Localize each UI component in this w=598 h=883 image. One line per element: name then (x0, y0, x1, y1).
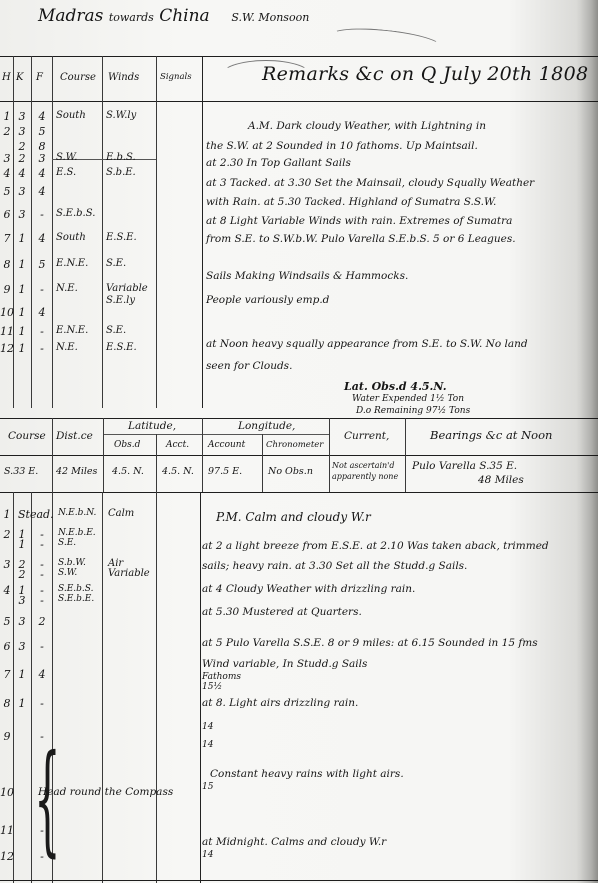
noon-current-value: Not ascertain'd apparently none (332, 460, 404, 482)
noon-header-bearings: Bearings &c at Noon (430, 428, 552, 442)
sounding-value: 15½ (202, 682, 222, 692)
fathoms-value: 4 (35, 185, 49, 198)
noon-header-latitude: Latitude, (128, 420, 176, 432)
knots-value: 1 (15, 283, 29, 296)
hour-number: 3 (0, 152, 14, 165)
hour-number: 1 (0, 508, 14, 521)
col-header-course: Course (60, 72, 96, 83)
col-line (329, 418, 330, 492)
knots-value: 3 (15, 640, 29, 653)
fathoms-value: - (35, 538, 49, 551)
remark-line: the S.W. at 2 Sounded in 10 fathoms. Up … (206, 140, 478, 152)
knots-value: 3 (15, 208, 29, 221)
noon-lat-acct-value: 4.5. N. (162, 466, 194, 477)
header-bottom-rule (0, 101, 598, 102)
remark-line: seen for Clouds. (206, 360, 292, 372)
fathoms-value: - (35, 208, 49, 221)
col-header-h: H (2, 72, 11, 83)
col-line (31, 56, 32, 408)
curly-brace: { (34, 740, 61, 860)
fathoms-value: 5 (35, 258, 49, 271)
noon-header-long-account: Account (208, 440, 245, 450)
fathoms-value: 5 (35, 125, 49, 138)
remark-line: at Noon heavy squally appearance from S.… (206, 338, 528, 350)
noon-header-lat-acct: Acct. (166, 440, 189, 450)
course-value: N.E.b.N. (58, 508, 96, 518)
fathoms-value: - (35, 283, 49, 296)
remark-line: from S.E. to S.W.b.W. Pulo Varella S.E.b… (206, 233, 516, 245)
noon-header-long-chronometer: Chronometer (266, 440, 323, 450)
remark-line: sails; heavy rain. at 3.30 Set all the S… (202, 560, 467, 572)
remark-line: at 2.30 In Top Gallant Sails (206, 157, 351, 169)
course-value: N.E. (56, 342, 78, 353)
winds-value: S.E. (106, 325, 154, 337)
winds-value: Variable S.E.ly (106, 283, 154, 307)
remark-line: at 8 Light Variable Winds with rain. Ext… (206, 215, 512, 227)
col-line (156, 56, 157, 408)
fathoms-value: - (35, 640, 49, 653)
hour-number: 9 (0, 283, 14, 296)
knots-value: Stead. (18, 508, 54, 521)
winds-value: Calm (108, 508, 134, 519)
hour-number: 2 (0, 125, 14, 138)
title-flourish (329, 24, 443, 58)
winds-value: E.b.S. (106, 152, 154, 164)
sounding-value: 14 (202, 722, 213, 732)
knots-value: 1 (15, 232, 29, 245)
fathoms-value: - (35, 594, 49, 607)
col-header-winds: Winds (108, 72, 139, 83)
course-value: N.E.b.E. (58, 528, 96, 538)
col-line (102, 56, 103, 408)
noon-course-value: S.33 E. (4, 466, 38, 477)
course-value: South (56, 110, 86, 121)
noon-table-mid-rule (0, 455, 598, 456)
col-line (156, 492, 157, 883)
hour-number: 9 (0, 730, 14, 743)
remark-line: Constant heavy rains with light airs. (210, 768, 404, 780)
hour-number: 12 (0, 342, 14, 355)
remark-line: at 5 Pulo Varella S.S.E. 8 or 9 miles: a… (202, 637, 538, 649)
noon-lat-obs-value: 4.5. N. (112, 466, 144, 477)
noon-header-current: Current, (344, 430, 389, 442)
winds-value: S.b.E. (106, 167, 154, 179)
course-value: S.E.b.S. (56, 208, 95, 219)
winds-value: E.S.E. (106, 232, 154, 244)
col-line (202, 56, 203, 408)
fathoms-value: - (35, 568, 49, 581)
noon-table-top-rule (0, 418, 598, 419)
hour-number: 7 (0, 668, 14, 681)
remark-line: at 3 Tacked. at 3.30 Set the Mainsail, c… (206, 177, 534, 189)
col-line (52, 418, 53, 492)
knots-value: 3 (15, 185, 29, 198)
col-line (405, 418, 406, 492)
noon-table-bottom-rule (0, 492, 598, 493)
col-line (52, 56, 53, 408)
fathoms-value: - (35, 824, 49, 837)
fathoms-value: 4 (35, 110, 49, 123)
remark-line: Sails Making Windsails & Hammocks. (206, 270, 408, 282)
knots-value: 1 (15, 325, 29, 338)
destination: China (159, 6, 209, 26)
remark-line: at 2 a light breeze from E.S.E. at 2.10 … (202, 540, 549, 552)
hour-number: 6 (0, 208, 14, 221)
fathoms-value: - (35, 730, 49, 743)
knots-value: 1 (15, 258, 29, 271)
course-value: E.S. (56, 167, 76, 178)
hour-number: 3 (0, 558, 14, 571)
remark-line: with Rain. at 5.30 Tacked. Highland of S… (206, 196, 496, 208)
hour-number: 8 (0, 258, 14, 271)
winds-value: S.E. (106, 258, 154, 270)
remark-line: A.M. Dark cloudy Weather, with Lightning… (248, 120, 486, 132)
hour-number: 7 (0, 232, 14, 245)
knots-value: 1 (15, 538, 29, 551)
noon-long-chron-value: No Obs.n (268, 466, 313, 477)
fathoms-value: 4 (35, 306, 49, 319)
col-header-signals: Signals (160, 72, 192, 82)
course-value: S.b.W. (58, 558, 86, 568)
hour-number: 5 (0, 185, 14, 198)
winds-value: S.W.ly (106, 110, 154, 122)
remark-line: at 4 Cloudy Weather with drizzling rain. (202, 583, 415, 595)
knots-value: 2 (15, 152, 29, 165)
knots-value: 2 (15, 568, 29, 581)
towards-label: towards (109, 11, 154, 24)
knots-value: 1 (15, 697, 29, 710)
knots-value: 1 (15, 668, 29, 681)
noon-header-longitude: Longitude, (238, 420, 295, 432)
knots-value: 3 (15, 615, 29, 628)
hour-number: 6 (0, 640, 14, 653)
noon-distance-value: 42 Miles (56, 466, 97, 477)
hour-number: 2 (0, 528, 14, 541)
noon-header-course: Course (8, 430, 46, 442)
knots-value: 1 (15, 306, 29, 319)
hour-number: 4 (0, 167, 14, 180)
hour-number: 5 (0, 615, 14, 628)
col-line (102, 492, 103, 883)
col-line (202, 418, 203, 492)
course-note: Head round the Compass (38, 786, 173, 798)
course-value: S.E. (58, 538, 76, 548)
remark-line: Wind variable, In Studd.g Sails (202, 658, 367, 670)
latitude-observed: Lat. Obs.d 4.5.N. (344, 380, 447, 393)
remark-line: at 8. Light airs drizzling rain. (202, 697, 358, 709)
knots-value: 1 (15, 342, 29, 355)
winds-value: Variable (108, 568, 150, 579)
noon-bearings-line2: 48 Miles (478, 474, 524, 486)
fathoms-value: - (35, 850, 49, 863)
page-bottom-rule (0, 880, 598, 881)
course-value: E.N.E. (56, 325, 88, 336)
noon-header-distance: Dist.ce (56, 430, 93, 442)
fathoms-value: - (35, 342, 49, 355)
hour-number: 10 (0, 306, 14, 319)
hour-number: 11 (0, 824, 14, 837)
col-line (262, 434, 263, 492)
voyage-title: Madras towards China S.W. Monsoon (38, 6, 309, 26)
lat-long-subrule (103, 434, 329, 435)
col-line (156, 434, 157, 492)
remark-line: P.M. Calm and cloudy W.r (216, 510, 371, 524)
hour-number: 8 (0, 697, 14, 710)
knots-value: 3 (15, 125, 29, 138)
header-top-rule (0, 56, 598, 57)
remark-line: People variously emp.d (206, 294, 329, 306)
hour-number: 4 (0, 584, 14, 597)
hour-number: 1 (0, 110, 14, 123)
noon-bearings-line1: Pulo Varella S.35 E. (412, 460, 517, 472)
col-line (31, 492, 32, 883)
fathoms-value: - (35, 325, 49, 338)
course-value: S.E.b.S. (58, 584, 93, 594)
col-line (200, 492, 201, 883)
knots-value: 3 (15, 110, 29, 123)
remark-line: at 5.30 Mustered at Quarters. (202, 606, 362, 618)
fathoms-value: 4 (35, 668, 49, 681)
col-line (103, 418, 104, 492)
sounding-value: 14 (202, 850, 213, 860)
fathoms-value: 3 (35, 152, 49, 165)
monsoon-label: S.W. Monsoon (231, 11, 309, 24)
sounding-value: Fathoms (202, 672, 241, 682)
remarks-flourish (220, 60, 312, 92)
log-page: Madras towards China S.W. Monsoon H K F … (0, 0, 598, 883)
course-value: S.E.b.E. (58, 594, 94, 604)
fathoms-value: 4 (35, 232, 49, 245)
course-value: E.N.E. (56, 258, 88, 269)
hour-number: 10 (0, 786, 14, 799)
course-value: South (56, 232, 86, 243)
origin: Madras (38, 6, 103, 26)
knots-value: 3 (15, 594, 29, 607)
fathoms-value: 2 (35, 615, 49, 628)
knots-value: 4 (15, 167, 29, 180)
sounding-value: 15 (202, 782, 213, 792)
water-remaining: D.o Remaining 97½ Tons (356, 406, 470, 416)
course-value: S.W. (56, 152, 77, 163)
hour-number: 12 (0, 850, 14, 863)
page-edge-shadow (576, 0, 598, 883)
col-header-f: F (36, 72, 43, 83)
hour-number: 11 (0, 325, 14, 338)
winds-value: E.S.E. (106, 342, 154, 354)
noon-header-lat-obs: Obs.d (114, 440, 140, 450)
water-expended: Water Expended 1½ Ton (352, 394, 464, 404)
col-header-k: K (16, 72, 23, 83)
sounding-value: 14 (202, 740, 213, 750)
remark-line: at Midnight. Calms and cloudy W.r (202, 836, 386, 848)
noon-long-acct-value: 97.5 E. (208, 466, 242, 477)
fathoms-value: - (35, 697, 49, 710)
course-value: N.E. (56, 283, 78, 294)
fathoms-value: 4 (35, 167, 49, 180)
course-value: S.W. (58, 568, 77, 578)
